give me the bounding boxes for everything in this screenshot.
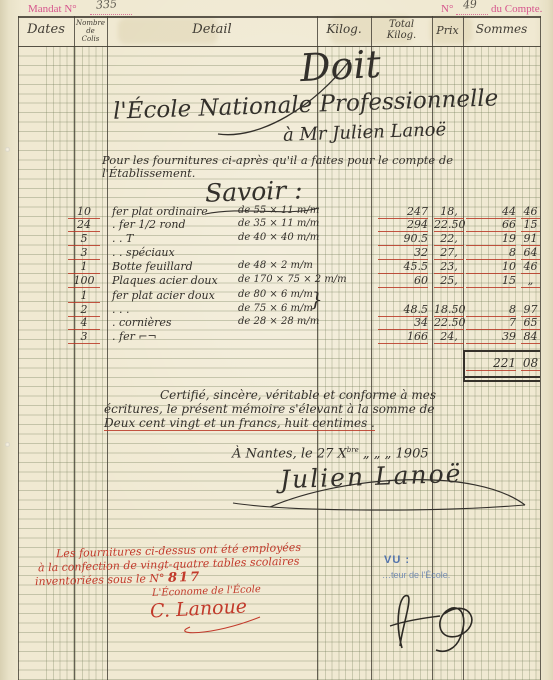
header-total-kilog-2: Kilog.	[387, 30, 416, 41]
item-prix: 22.50	[434, 218, 464, 232]
item-somme-francs: 19	[466, 232, 516, 246]
intro-line2: l'Établissement.	[102, 166, 195, 180]
item-prix: 24,	[434, 330, 464, 344]
header-prix: Prix	[432, 24, 463, 37]
header-nombre-colis: Nombre de Colis	[74, 19, 107, 43]
item-somme-centimes: 91	[521, 232, 540, 246]
table-row: 100 Plaques acier doux de 170 × 75 × 2 m…	[0, 274, 553, 288]
item-somme-centimes: 64	[521, 246, 540, 260]
item-somme-francs: 7	[466, 316, 516, 330]
item-qty: 24	[68, 218, 100, 232]
item-prix: 22.50	[434, 316, 464, 330]
item-qty: 4	[68, 316, 100, 330]
total-francs: 221	[466, 356, 516, 371]
item-detail: Botte feuillard	[112, 260, 240, 273]
item-somme-francs: 10	[466, 260, 516, 274]
item-somme-francs: 39	[466, 330, 516, 344]
place-date-superscript: bre	[347, 446, 359, 454]
red-note-line3-text: inventoriées sous le N°	[35, 572, 165, 588]
item-prix: 22,	[434, 232, 464, 246]
item-detail: . . .	[112, 303, 240, 316]
item-somme-centimes: 46	[521, 260, 540, 274]
header-sommes: Sommes	[463, 22, 540, 36]
doit-title: Doit	[299, 42, 382, 90]
item-qty: 3	[68, 246, 100, 260]
item-prix: 25,	[434, 274, 464, 288]
item-total-kilog: 34	[378, 316, 428, 330]
total-centimes: 08	[521, 356, 540, 371]
item-somme-centimes: 84	[521, 330, 540, 344]
item-detail: . fer 1/2 rond	[112, 218, 240, 231]
compte-stamp-suffix: du Compte.	[491, 3, 542, 15]
header-colis: Colis	[82, 35, 100, 43]
item-dims: de 48 × 2 m/m	[238, 260, 324, 271]
client-signature-flourish	[225, 465, 535, 515]
item-detail: fer plat acier doux	[112, 289, 240, 302]
table-row: 1 fer plat acier doux de 80 × 6 m/m }	[0, 289, 553, 303]
item-total-kilog: 32	[378, 246, 428, 260]
item-somme-centimes: 15	[521, 218, 540, 232]
header-total-kilog: Total Kilog.	[371, 19, 432, 41]
table-row: 2 . . . de 75 × 6 m/m 48.5 18.50 8 97	[0, 303, 553, 317]
table-row: 24 . fer 1/2 rond de 35 × 11 m/m 294 22.…	[0, 218, 553, 232]
table-left-border	[18, 16, 19, 680]
item-somme-francs: 44	[466, 205, 516, 219]
item-total-kilog: 90.5	[378, 232, 428, 246]
header-kilog: Kilog.	[317, 22, 371, 36]
total-row: 221 08	[0, 356, 553, 370]
item-somme-centimes: 65	[521, 316, 540, 330]
item-qty: 5	[68, 232, 100, 246]
table-row: 10 fer plat ordinaire de 55 × 11 m/m 247…	[0, 205, 553, 219]
item-total-kilog: 45.5	[378, 260, 428, 274]
item-total-kilog: 60	[378, 274, 428, 288]
item-detail: . . spéciaux	[112, 246, 240, 259]
item-total-kilog: 166	[378, 330, 428, 344]
header-dates: Dates	[18, 22, 74, 37]
place-date: À Nantes, le 27 Xbre „ „ „ 1905	[232, 446, 429, 461]
savoir-heading: Savoir :	[205, 175, 303, 207]
certification-amount-line: Deux cent vingt et un francs, huit centi…	[104, 416, 375, 431]
item-dims: de 28 × 28 m/m	[238, 316, 324, 327]
item-dims: de 55 × 11 m/m	[238, 205, 324, 216]
item-prix: 18,	[434, 205, 464, 219]
item-somme-centimes: 97	[521, 303, 540, 317]
item-total-kilog: 294	[378, 218, 428, 232]
table-row: 1 Botte feuillard de 48 × 2 m/m 45.5 23,…	[0, 260, 553, 274]
total-box-top-line	[464, 350, 540, 352]
punch-hole	[5, 147, 10, 152]
item-prix: 18.50	[434, 303, 464, 317]
item-prix: 23,	[434, 260, 464, 274]
item-detail: . fer ⌐¬	[112, 330, 240, 343]
ledger-invoice-page: Mandat N° 335 N° 49 du Compte. Dates Nom…	[0, 0, 553, 680]
item-somme-francs: 15	[466, 274, 516, 288]
item-qty: 1	[68, 289, 100, 303]
header-detail: Detail	[107, 22, 317, 37]
header-nombre: Nombre	[76, 19, 105, 27]
econome-signature-flourish	[150, 615, 280, 640]
header-de: de	[86, 27, 95, 35]
table-right-border	[540, 16, 541, 680]
vu-stamp: VU :	[384, 554, 410, 566]
item-somme-francs: 66	[466, 218, 516, 232]
table-row: 3 . fer ⌐¬ 166 24, 39 84	[0, 330, 553, 344]
item-dims: de 35 × 11 m/m	[238, 218, 324, 229]
mandat-stamp-label: Mandat N°	[28, 3, 77, 15]
item-dims: de 170 × 75 × 2 m/m	[238, 274, 324, 285]
total-box-bottom-line-2	[464, 380, 540, 382]
intro-line1: Pour les fournitures ci-après qu'il a fa…	[102, 153, 453, 167]
item-qty: 3	[68, 330, 100, 344]
certification-line1: Certifié, sincère, véritable et conforme…	[160, 388, 436, 402]
item-qty: 2	[68, 303, 100, 317]
place-date-tail: „ „ „ 1905	[363, 446, 429, 461]
item-detail: fer plat ordinaire	[112, 205, 240, 218]
director-signature	[388, 578, 488, 658]
inventory-number: 817	[168, 570, 202, 586]
item-somme-francs: 8	[466, 246, 516, 260]
item-somme-centimes: „	[521, 274, 540, 288]
table-row: 5 . . T de 40 × 40 m/m 90.5 22, 19 91	[0, 232, 553, 246]
table-row: 3 . . spéciaux 32 27, 8 64	[0, 246, 553, 260]
item-somme-francs: 8	[466, 303, 516, 317]
item-qty: 10	[68, 205, 100, 219]
item-detail: . cornières	[112, 316, 240, 329]
total-box-bottom-line-1	[464, 376, 540, 378]
header-total: Total	[389, 19, 414, 30]
item-total-kilog: 247	[378, 205, 428, 219]
item-somme-centimes: 46	[521, 205, 540, 219]
certification-line2: écritures, le présent mémoire s'élevant …	[104, 402, 434, 416]
compte-number-handwritten: 49	[462, 0, 477, 12]
item-qty: 100	[68, 274, 100, 288]
item-dims: de 40 × 40 m/m	[238, 232, 324, 243]
mandat-number-handwritten: 335	[96, 0, 118, 12]
item-prix: 27,	[434, 246, 464, 260]
place-date-main: À Nantes, le 27 X	[232, 446, 347, 461]
table-row: 4 . cornières de 28 × 28 m/m 34 22.50 7 …	[0, 316, 553, 330]
item-total-kilog: 48.5	[378, 303, 428, 317]
item-detail: . . T	[112, 232, 240, 245]
item-dims: de 75 × 6 m/m	[238, 303, 324, 314]
punch-hole	[5, 442, 10, 447]
item-detail: Plaques acier doux	[112, 274, 240, 287]
item-qty: 1	[68, 260, 100, 274]
compte-stamp-no: N°	[441, 3, 453, 15]
